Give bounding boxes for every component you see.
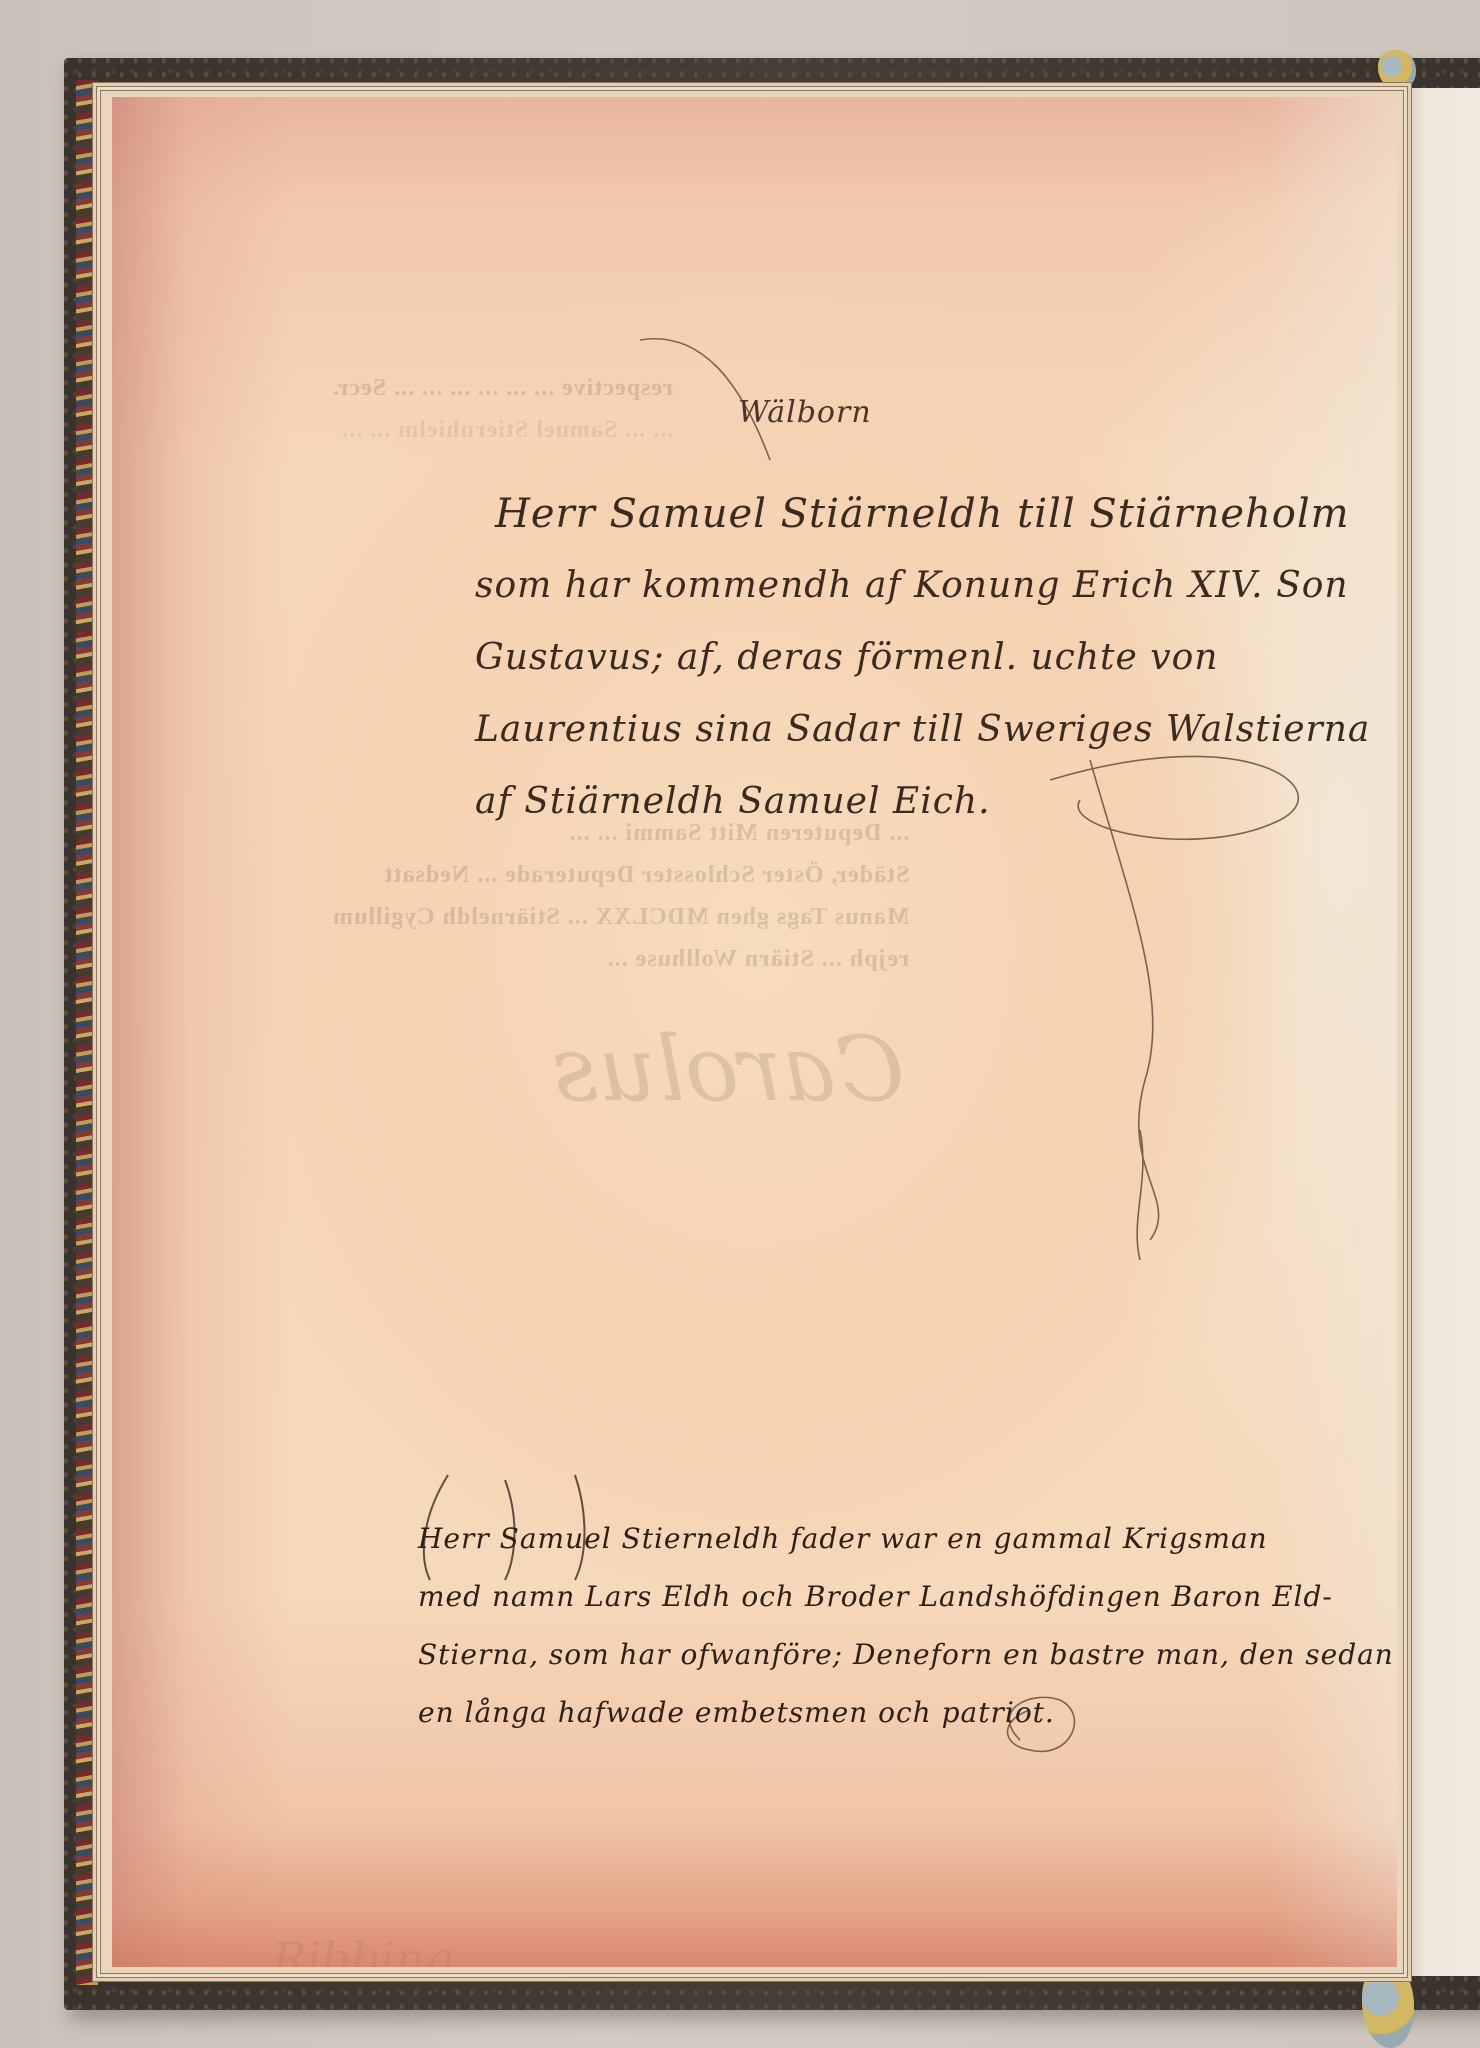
top-line-4: Laurentius sina Sadar till Sweriges Wals… bbox=[475, 694, 1370, 766]
top-line-1: Herr Samuel Stiärneldh till Stiärneholm bbox=[495, 478, 1370, 550]
facing-page bbox=[1405, 88, 1480, 1976]
top-line-5: af Stiärneldh Samuel Eich. bbox=[475, 766, 1370, 838]
bleed-through-signature: Carolus bbox=[552, 1017, 905, 1122]
bottom-line-3: Stierna, som har ofwanföre; Deneforn en … bbox=[418, 1626, 1394, 1684]
bottom-line-1: Herr Samuel Stierneldh fader war en gamm… bbox=[418, 1510, 1394, 1568]
bleed-through-text: respective ... ... ... ... ... ... Secr.… bbox=[332, 367, 673, 451]
top-paragraph: Herr Samuel Stiärneldh till Stiärneholm … bbox=[475, 478, 1370, 838]
top-line-2: som har kommendh af Konung Erich XIV. So… bbox=[475, 550, 1370, 622]
bottom-line-2: med namn Lars Eldh och Broder Landshöfdi… bbox=[418, 1568, 1394, 1626]
bleed-through-corner-mark: Ribbing bbox=[272, 1932, 454, 1967]
document-heading: Wälborn bbox=[738, 395, 872, 430]
bottom-paragraph: Herr Samuel Stierneldh fader war en gamm… bbox=[418, 1510, 1394, 1742]
bottom-line-4: en långa hafwade embetsmen och patriot. bbox=[418, 1684, 1394, 1742]
top-line-3: Gustavus; af, deras förmenl. uchte von bbox=[475, 622, 1370, 694]
